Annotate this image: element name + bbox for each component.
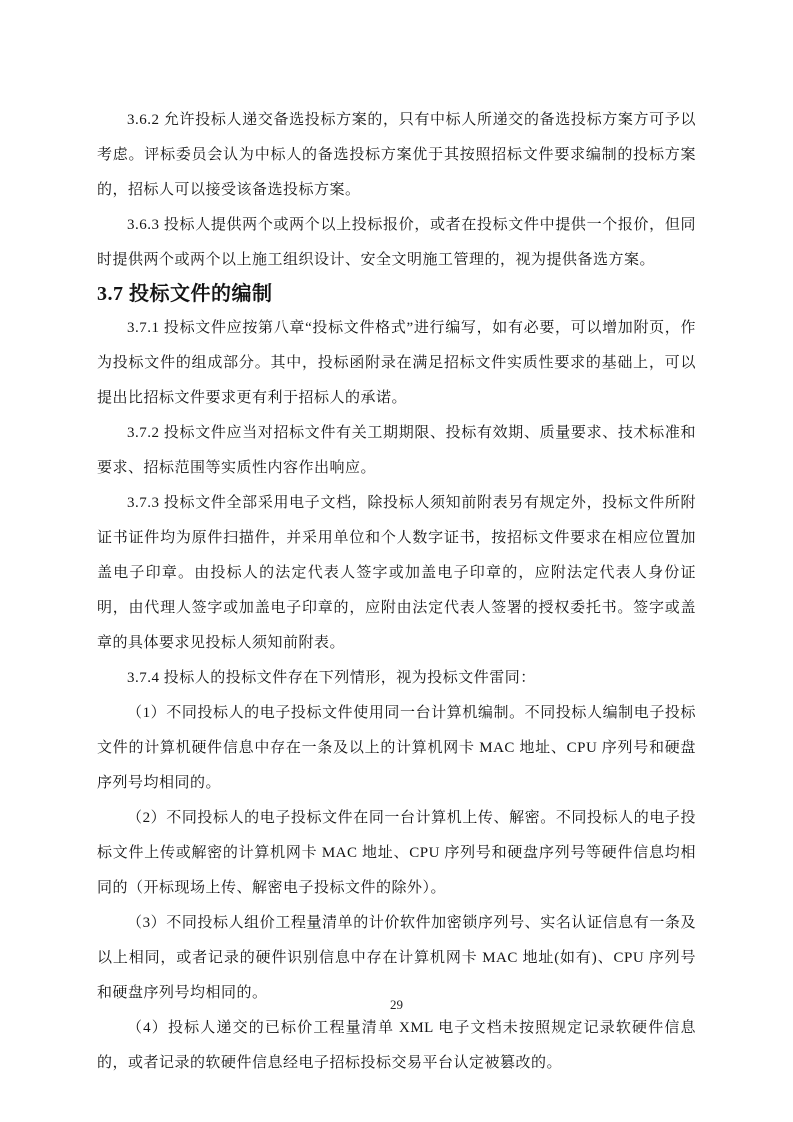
clause-3-6-3: 3.6.3 投标人提供两个或两个以上投标报价，或者在投标文件中提供一个报价，但同…	[97, 208, 696, 278]
document-page: 3.6.2 允许投标人递交备选投标方案的，只有中标人所递交的备选投标方案方可予以…	[0, 0, 793, 1122]
clause-3-7-4-item-1: （1）不同投标人的电子投标文件使用同一台计算机编制。不同投标人编制电子投标文件的…	[97, 696, 696, 801]
clause-3-7-2: 3.7.2 投标文件应当对招标文件有关工期期限、投标有效期、质量要求、技术标准和…	[97, 416, 696, 486]
clause-3-7-4-item-2: （2）不同投标人的电子投标文件在同一台计算机上传、解密。不同投标人的电子投标文件…	[97, 801, 696, 906]
clause-3-7-1: 3.7.1 投标文件应按第八章“投标文件格式”进行编写，如有必要，可以增加附页，…	[97, 311, 696, 416]
clause-3-6-2: 3.6.2 允许投标人递交备选投标方案的，只有中标人所递交的备选投标方案方可予以…	[97, 103, 696, 208]
page-number: 29	[0, 995, 793, 1015]
section-heading-3-7: 3.7 投标文件的编制	[97, 278, 696, 311]
document-body: 3.6.2 允许投标人递交备选投标方案的，只有中标人所递交的备选投标方案方可予以…	[97, 103, 696, 1081]
clause-3-7-4-item-4: （4）投标人递交的已标价工程量清单 XML 电子文档未按照规定记录软硬件信息的，…	[97, 1011, 696, 1081]
clause-3-7-3: 3.7.3 投标文件全部采用电子文档，除投标人须知前附表另有规定外，投标文件所附…	[97, 486, 696, 661]
clause-3-7-4: 3.7.4 投标人的投标文件存在下列情形，视为投标文件雷同：	[97, 661, 696, 696]
